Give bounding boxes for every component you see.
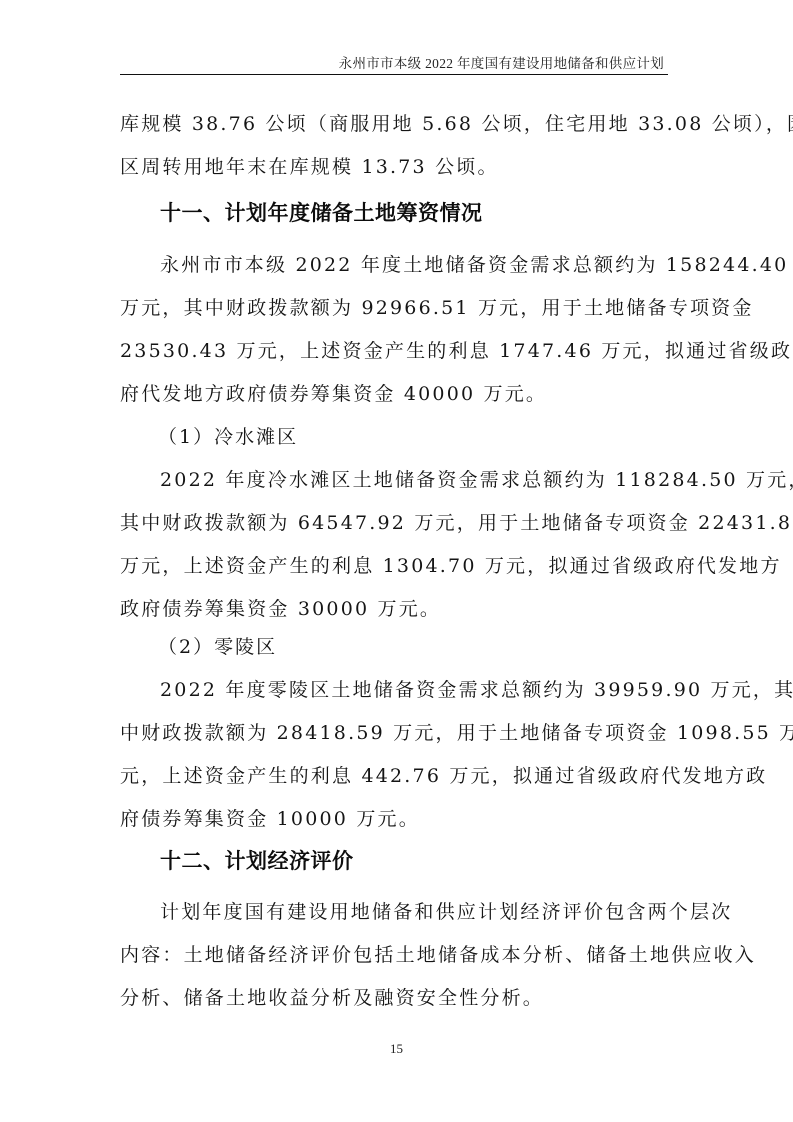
section-heading-11: 十一、计划年度储备土地筹资情况 bbox=[160, 200, 483, 226]
paragraph-line: 中财政拨款额为 28418.59 万元，用于土地储备专项资金 1098.55 万 bbox=[120, 721, 793, 745]
subsection-title-lingling: （2）零陵区 bbox=[158, 635, 277, 659]
subsection-title-lengshuitan: （1）冷水滩区 bbox=[158, 425, 298, 449]
paragraph-line: 计划年度国有建设用地储备和供应计划经济评价包含两个层次 bbox=[160, 900, 732, 924]
section-heading-12: 十二、计划经济评价 bbox=[160, 848, 354, 874]
paragraph-line: 分析、储备土地收益分析及融资安全性分析。 bbox=[120, 986, 544, 1010]
paragraph-line: 万元，上述资金产生的利息 1304.70 万元，拟通过省级政府代发地方 bbox=[120, 554, 782, 578]
paragraph-line: 元，上述资金产生的利息 442.76 万元，拟通过省级政府代发地方政 bbox=[120, 764, 767, 788]
paragraph-line: 府代发地方政府债券筹集资金 40000 万元。 bbox=[120, 382, 547, 406]
paragraph-line: 其中财政拨款额为 64547.92 万元，用于土地储备专项资金 22431.88 bbox=[120, 511, 793, 535]
paragraph-line: 2022 年度零陵区土地储备资金需求总额约为 39959.90 万元，其 bbox=[160, 678, 793, 702]
page-number: 15 bbox=[0, 1041, 793, 1057]
paragraph-line: 库规模 38.76 公顷（商服用地 5.68 公顷，住宅用地 33.08 公顷）… bbox=[120, 112, 793, 136]
paragraph-line: 政府债券筹集资金 30000 万元。 bbox=[120, 597, 441, 621]
paragraph-line: 2022 年度冷水滩区土地储备资金需求总额约为 118284.50 万元， bbox=[160, 468, 793, 492]
header-title: 永州市市本级 2022 年度国有建设用地储备和供应计划 bbox=[339, 52, 664, 72]
paragraph-line: 万元，其中财政拨款额为 92966.51 万元，用于土地储备专项资金 bbox=[120, 296, 754, 320]
running-header: 永州市市本级 2022 年度国有建设用地储备和供应计划 bbox=[120, 50, 668, 75]
paragraph-line: 区周转用地年末在库规模 13.73 公顷。 bbox=[120, 155, 499, 179]
paragraph-line: 23530.43 万元，上述资金产生的利息 1747.46 万元，拟通过省级政 bbox=[120, 339, 792, 363]
paragraph-line: 内容：土地储备经济评价包括土地储备成本分析、储备土地供应收入 bbox=[120, 943, 756, 967]
paragraph-line: 府债券筹集资金 10000 万元。 bbox=[120, 807, 420, 831]
paragraph-line: 永州市市本级 2022 年度土地储备资金需求总额约为 158244.40 bbox=[160, 253, 788, 277]
